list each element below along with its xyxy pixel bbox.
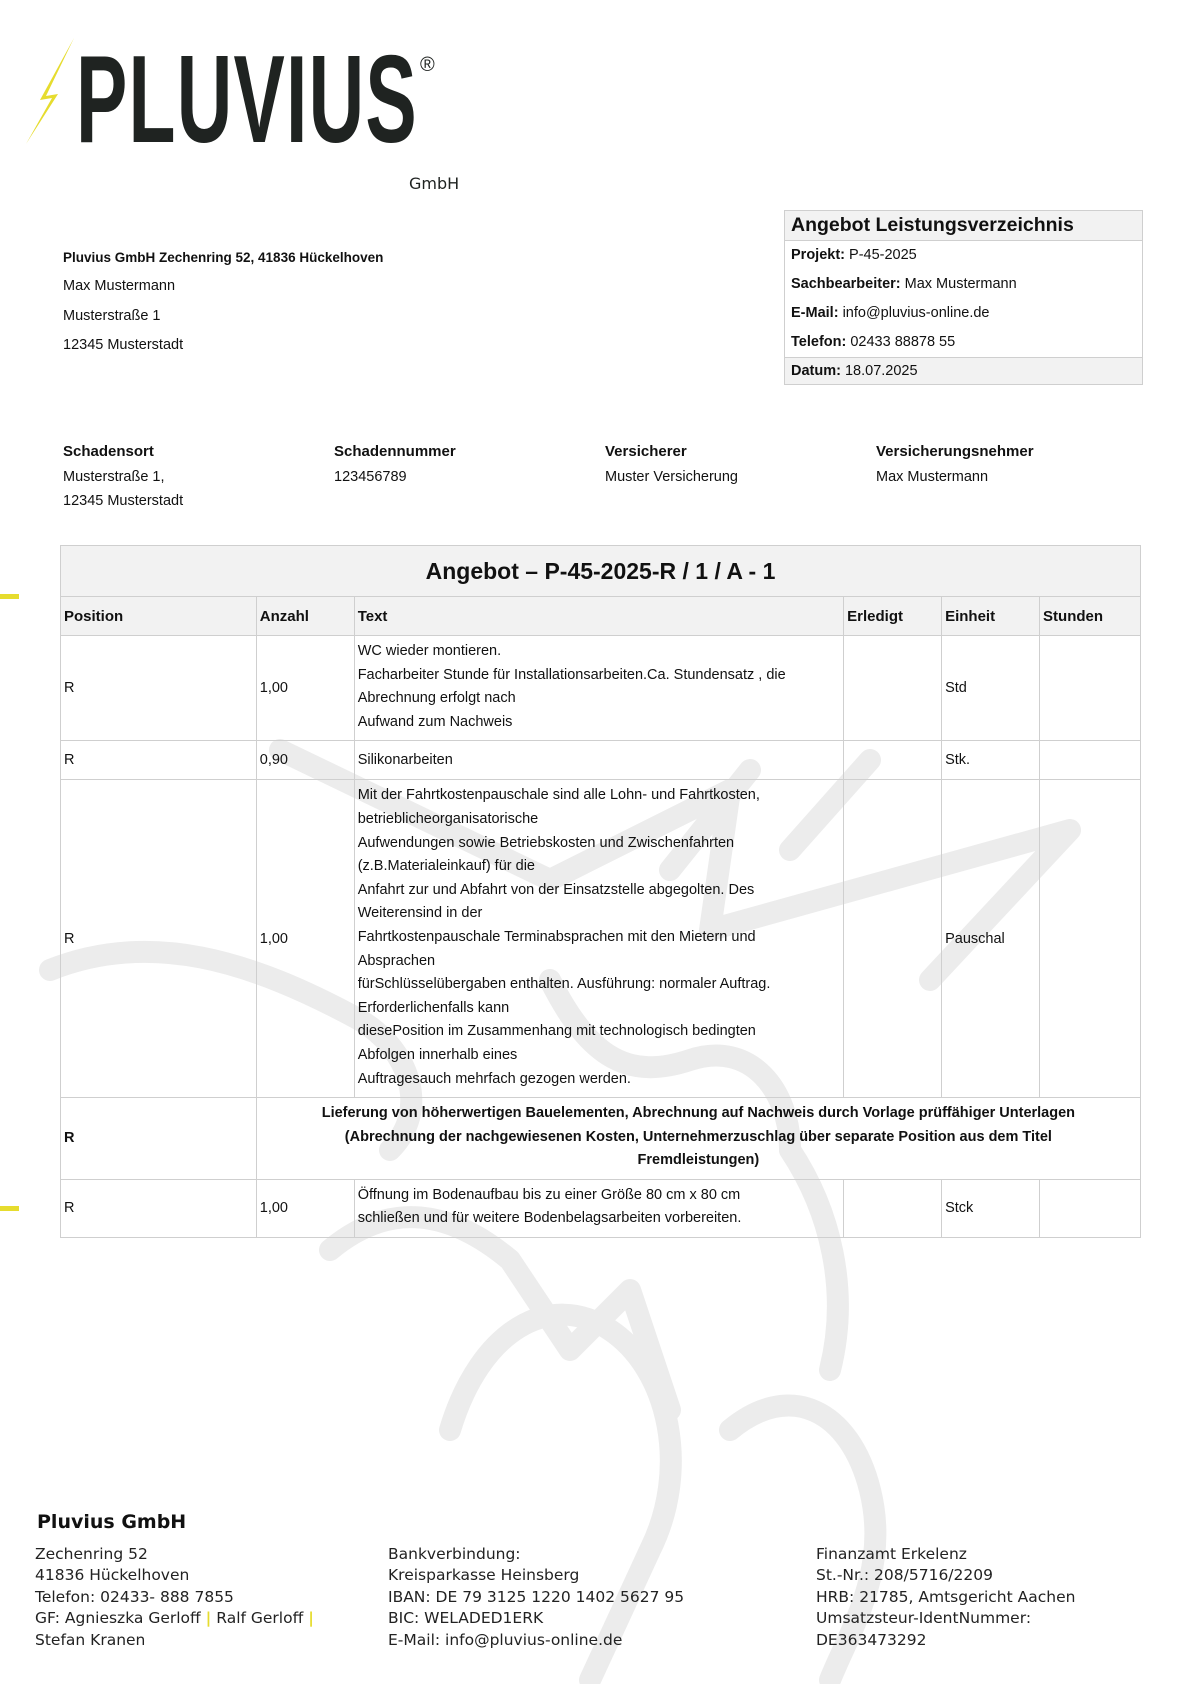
info-value: 18.07.2025 bbox=[845, 363, 918, 379]
claim-meta: Schadensort Musterstraße 1, 12345 Muster… bbox=[63, 443, 1163, 513]
text-line: (Abrechnung der nachgewiesenen Kosten, U… bbox=[267, 1126, 1130, 1150]
meta-value: Max Mustermann bbox=[876, 465, 1147, 489]
table-row: RLieferung von höherwertigen Bauelemente… bbox=[61, 1098, 1141, 1180]
sender-line: Pluvius GmbH Zechenring 52, 41836 Hückel… bbox=[63, 250, 383, 265]
table-header-row: Position Anzahl Text Erledigt Einheit St… bbox=[61, 597, 1141, 636]
cell-hours bbox=[1040, 741, 1141, 780]
footer-line: Telefon: 02433- 888 7855 bbox=[35, 1587, 314, 1608]
info-value: Max Mustermann bbox=[905, 276, 1017, 292]
manager-name: Stefan Kranen bbox=[35, 1630, 314, 1651]
table-row: R0,90SilikonarbeitenStk. bbox=[61, 741, 1141, 780]
cell-text: WC wieder montieren.Facharbeiter Stunde … bbox=[354, 636, 843, 741]
separator-icon: | bbox=[308, 1609, 314, 1627]
info-label: Sachbearbeiter: bbox=[791, 276, 901, 292]
text-line: Aufwand zum Nachweis bbox=[358, 711, 840, 735]
footer-contact-column: Zechenring 52 41836 Hückelhoven Telefon:… bbox=[35, 1544, 314, 1651]
footer-line: Zechenring 52 bbox=[35, 1544, 314, 1565]
meta-label: Versicherungsnehmer bbox=[876, 443, 1147, 465]
text-line: Fahrtkostenpauschale Terminabsprachen mi… bbox=[358, 926, 840, 950]
info-value[interactable]: info@pluvius-online.de bbox=[843, 305, 990, 321]
meta-value: 123456789 bbox=[334, 465, 605, 489]
cell-position: R bbox=[61, 1179, 257, 1237]
info-row-date: Datum: 18.07.2025 bbox=[785, 357, 1142, 384]
lightning-bolt-icon bbox=[24, 36, 84, 146]
text-line: Silikonarbeiten bbox=[358, 752, 840, 768]
text-line: Erforderlichenfalls kann bbox=[358, 997, 840, 1021]
info-label: Telefon: bbox=[791, 334, 846, 350]
table-row: R1,00Mit der Fahrtkostenpauschale sind a… bbox=[61, 780, 1141, 1098]
cell-text: Mit der Fahrtkostenpauschale sind alle L… bbox=[354, 780, 843, 1098]
cell-position: R bbox=[61, 780, 257, 1098]
meta-label: Versicherer bbox=[605, 443, 876, 465]
cell-section-text: Lieferung von höherwertigen Bauelementen… bbox=[256, 1098, 1140, 1180]
text-line: Weiterensind in der bbox=[358, 902, 840, 926]
text-line: (z.B.Materialeinkauf) für die bbox=[358, 855, 840, 879]
manager-name: GF: Agnieszka Gerloff bbox=[35, 1609, 201, 1627]
footer-managers: GF: Agnieszka Gerloff | Ralf Gerloff | bbox=[35, 1608, 314, 1629]
text-line: Facharbeiter Stunde für Installationsarb… bbox=[358, 664, 840, 688]
info-box-title: Angebot Leistungsverzeichnis bbox=[785, 211, 1142, 241]
company-logo: PLUVIUS ® GmbH bbox=[24, 28, 454, 178]
cell-unit: Std bbox=[942, 636, 1040, 741]
logo-wordmark: PLUVIUS bbox=[76, 38, 418, 162]
info-label: Datum: bbox=[791, 363, 841, 379]
info-row-email: E-Mail: info@pluvius-online.de bbox=[785, 299, 1142, 328]
text-line: betrieblicheorganisatorische bbox=[358, 808, 840, 832]
col-header-done: Erledigt bbox=[844, 597, 942, 636]
footer-line: HRB: 21785, Amtsgericht Aachen bbox=[816, 1587, 1075, 1608]
registered-mark-icon: ® bbox=[420, 54, 435, 77]
info-label: Projekt: bbox=[791, 247, 845, 263]
cell-position: R bbox=[61, 636, 257, 741]
meta-label: Schadensort bbox=[63, 443, 334, 465]
address-block: Pluvius GmbH Zechenring 52, 41836 Hückel… bbox=[63, 250, 383, 366]
fold-marker bbox=[0, 1206, 19, 1211]
meta-label: Schadennummer bbox=[334, 443, 605, 465]
cell-done bbox=[844, 780, 942, 1098]
cell-position: R bbox=[61, 741, 257, 780]
footer-company-name: Pluvius GmbH bbox=[37, 1511, 186, 1533]
text-line: Lieferung von höherwertigen Bauelementen… bbox=[267, 1102, 1130, 1126]
text-line: fürSchlüsselübergaben enthalten. Ausführ… bbox=[358, 973, 840, 997]
offer-table: Angebot – P-45-2025-R / 1 / A - 1 Positi… bbox=[60, 545, 1141, 1238]
footer-bank-column: Bankverbindung: Kreisparkasse Heinsberg … bbox=[388, 1544, 684, 1651]
footer-line: Umsatzsteur-IdentNummer: bbox=[816, 1608, 1075, 1629]
cell-hours bbox=[1040, 780, 1141, 1098]
separator-icon: | bbox=[206, 1609, 212, 1627]
text-line: Absprachen bbox=[358, 950, 840, 974]
cell-quantity: 1,00 bbox=[256, 1179, 354, 1237]
cell-quantity: 1,00 bbox=[256, 636, 354, 741]
info-row-phone: Telefon: 02433 88878 55 bbox=[785, 328, 1142, 357]
cell-hours bbox=[1040, 636, 1141, 741]
text-line: WC wieder montieren. bbox=[358, 640, 840, 664]
cell-unit: Stk. bbox=[942, 741, 1040, 780]
cell-unit: Pauschal bbox=[942, 780, 1040, 1098]
footer-tax-column: Finanzamt Erkelenz St.-Nr.: 208/5716/220… bbox=[816, 1544, 1075, 1651]
col-header-position: Position bbox=[61, 597, 257, 636]
text-line: Abrechnung erfolgt nach bbox=[358, 687, 840, 711]
info-row-clerk: Sachbearbeiter: Max Mustermann bbox=[785, 270, 1142, 299]
meta-insurer: Versicherer Muster Versicherung bbox=[605, 443, 876, 513]
cell-unit: Stck bbox=[942, 1179, 1040, 1237]
info-label: E-Mail: bbox=[791, 305, 839, 321]
meta-damage-location: Schadensort Musterstraße 1, 12345 Muster… bbox=[63, 443, 334, 513]
text-line: schließen und für weitere Bodenbelagsarb… bbox=[358, 1207, 840, 1231]
footer-line: Kreisparkasse Heinsberg bbox=[388, 1565, 684, 1586]
manager-name: Ralf Gerloff bbox=[216, 1609, 303, 1627]
fold-marker bbox=[0, 594, 19, 599]
text-line: Öffnung im Bodenaufbau bis zu einer Größ… bbox=[358, 1184, 840, 1208]
text-line: Aufwendungen sowie Betriebskosten und Zw… bbox=[358, 832, 840, 856]
meta-policyholder: Versicherungsnehmer Max Mustermann bbox=[876, 443, 1147, 513]
cell-done bbox=[844, 636, 942, 741]
text-line: Abfolgen innerhalb eines bbox=[358, 1044, 840, 1068]
footer-line: 41836 Hückelhoven bbox=[35, 1565, 314, 1586]
table-caption: Angebot – P-45-2025-R / 1 / A - 1 bbox=[61, 546, 1141, 597]
footer-line: IBAN: DE 79 3125 1220 1402 5627 95 bbox=[388, 1587, 684, 1608]
recipient-street: Musterstraße 1 bbox=[63, 307, 383, 337]
text-line: diesePosition im Zusammenhang mit techno… bbox=[358, 1020, 840, 1044]
cell-quantity: 1,00 bbox=[256, 780, 354, 1098]
footer-line: DE363473292 bbox=[816, 1630, 1075, 1651]
footer-line: St.-Nr.: 208/5716/2209 bbox=[816, 1565, 1075, 1586]
logo-suffix: GmbH bbox=[409, 174, 459, 193]
text-line: Auftragesauch mehrfach gezogen werden. bbox=[358, 1068, 840, 1092]
info-value: P-45-2025 bbox=[849, 247, 917, 263]
cell-done bbox=[844, 1179, 942, 1237]
recipient-name: Max Mustermann bbox=[63, 277, 383, 307]
footer-line: Bankverbindung: bbox=[388, 1544, 684, 1565]
table-row: R1,00WC wieder montieren.Facharbeiter St… bbox=[61, 636, 1141, 741]
meta-value: Muster Versicherung bbox=[605, 465, 876, 489]
info-row-project: Projekt: P-45-2025 bbox=[785, 241, 1142, 270]
cell-hours bbox=[1040, 1179, 1141, 1237]
meta-value: Musterstraße 1, bbox=[63, 465, 334, 489]
col-header-quantity: Anzahl bbox=[256, 597, 354, 636]
text-line: Mit der Fahrtkostenpauschale sind alle L… bbox=[358, 784, 840, 808]
cell-text: Öffnung im Bodenaufbau bis zu einer Größ… bbox=[354, 1179, 843, 1237]
col-header-hours: Stunden bbox=[1040, 597, 1141, 636]
col-header-text: Text bbox=[354, 597, 843, 636]
cell-text: Silikonarbeiten bbox=[354, 741, 843, 780]
table-row: R1,00Öffnung im Bodenaufbau bis zu einer… bbox=[61, 1179, 1141, 1237]
offer-info-box: Angebot Leistungsverzeichnis Projekt: P-… bbox=[784, 210, 1143, 385]
meta-claim-number: Schadennummer 123456789 bbox=[334, 443, 605, 513]
cell-quantity: 0,90 bbox=[256, 741, 354, 780]
footer-email[interactable]: E-Mail: info@pluvius-online.de bbox=[388, 1630, 684, 1651]
recipient-city: 12345 Musterstadt bbox=[63, 336, 383, 366]
footer-line: BIC: WELADED1ERK bbox=[388, 1608, 684, 1629]
meta-value: 12345 Musterstadt bbox=[63, 489, 334, 513]
text-line: Anfahrt zur und Abfahrt von der Einsatzs… bbox=[358, 879, 840, 903]
cell-position: R bbox=[61, 1098, 257, 1180]
footer-line: Finanzamt Erkelenz bbox=[816, 1544, 1075, 1565]
cell-done bbox=[844, 741, 942, 780]
text-line: Fremdleistungen) bbox=[267, 1149, 1130, 1173]
info-value: 02433 88878 55 bbox=[850, 334, 955, 350]
col-header-unit: Einheit bbox=[942, 597, 1040, 636]
